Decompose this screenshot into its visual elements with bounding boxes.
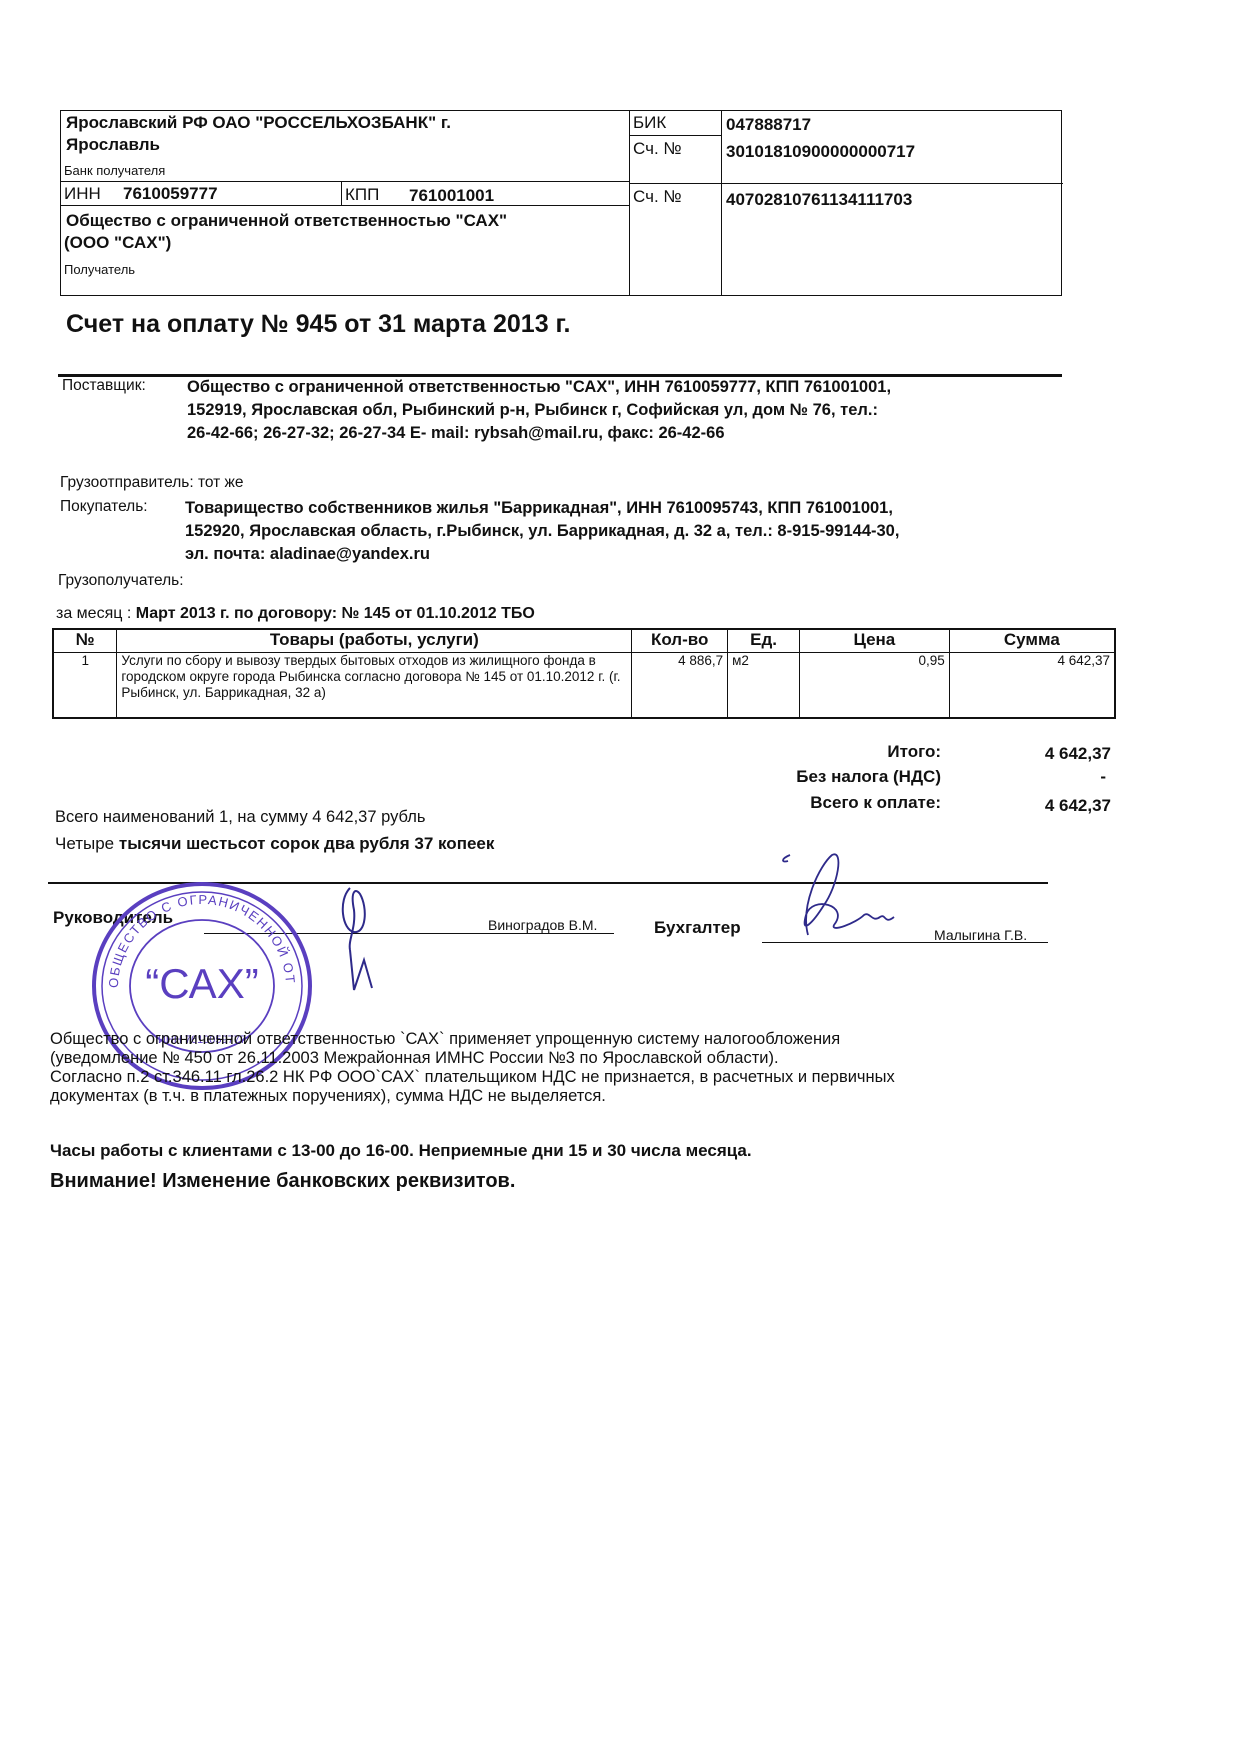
corr-account-value: 30101810900000000717 [726, 142, 915, 162]
col-goods: Товары (работы, услуги) [117, 629, 632, 653]
director-signature-icon [320, 880, 400, 1000]
divider [629, 111, 630, 295]
buyer-details: Товарищество собственников жилья "Баррик… [185, 497, 899, 566]
supplier-line: Общество с ограниченной ответственностью… [187, 376, 891, 399]
accountant-signature-icon [760, 845, 920, 945]
recipient-label: Получатель [64, 262, 135, 277]
bank-details-table: Ярославский РФ ОАО "РОССЕЛЬХОЗБАНК" г. Я… [60, 110, 1062, 296]
col-price: Цена [800, 629, 950, 653]
buyer-line: эл. почта: aladinae@yandex.ru [185, 543, 899, 566]
amount-words-rest: тысячи шестьсот сорок два рубля 37 копее… [114, 834, 494, 853]
due-value: 4 642,37 [1045, 796, 1111, 816]
table-header-row: № Товары (работы, услуги) Кол-во Ед. Цен… [53, 629, 1115, 653]
supplier-line: 26-42-66; 26-27-32; 26-27-34 E- mail: ry… [187, 422, 891, 445]
period-text: Март 2013 г. по договору: № 145 от 01.10… [136, 605, 535, 622]
row-number: 1 [53, 653, 117, 719]
divider [721, 111, 722, 295]
row-description: Услуги по сбору и вывозу твердых бытовых… [117, 653, 632, 719]
items-count-line: Всего наименований 1, на сумму 4 642,37 … [55, 808, 425, 827]
due-label: Всего к оплате: [810, 793, 941, 813]
col-sum: Сумма [949, 629, 1115, 653]
consignee: Грузополучатель: [58, 572, 184, 590]
inn-label: ИНН [64, 184, 101, 204]
tax-note-line: Общество с ограниченной ответственностью… [50, 1030, 895, 1049]
divider [629, 183, 1063, 184]
account-value: 40702810761134111703 [726, 190, 912, 210]
buyer-label: Покупатель: [60, 498, 148, 516]
inn-value: 7610059777 [123, 184, 218, 204]
items-table: № Товары (работы, услуги) Кол-во Ед. Цен… [52, 628, 1116, 719]
shipper: Грузоотправитель: тот же [60, 474, 244, 492]
amount-words-prefix: Четыре [55, 834, 114, 853]
row-price: 0,95 [800, 653, 950, 719]
supplier-details: Общество с ограниченной ответственностью… [187, 376, 891, 445]
amount-in-words: Четыре тысячи шестьсот сорок два рубля 3… [55, 834, 494, 854]
kpp-value: 761001001 [409, 186, 494, 206]
accountant-name: Малыгина Г.В. [934, 927, 1027, 943]
row-sum: 4 642,37 [949, 653, 1115, 719]
corr-account-label: Сч. № [633, 139, 682, 159]
tax-note-line: Согласно п.2 ст.346.11 гл.26.2 НК РФ ООО… [50, 1068, 895, 1087]
vat-label: Без налога (НДС) [796, 767, 941, 787]
col-qty: Кол-во [632, 629, 728, 653]
period-prefix: за месяц : [56, 605, 136, 622]
svg-text:“САХ”: “САХ” [145, 960, 258, 1007]
divider [341, 181, 342, 205]
account-label: Сч. № [633, 187, 682, 207]
total-value: 4 642,37 [1045, 744, 1111, 764]
tax-note-line: документах (в т.ч. в платежных поручения… [50, 1087, 895, 1106]
bik-label: БИК [633, 113, 666, 133]
working-hours: Часы работы с клиентами с 13-00 до 16-00… [50, 1141, 752, 1161]
bank-change-warning: Внимание! Изменение банковских реквизито… [50, 1170, 515, 1193]
supplier-label: Поставщик: [62, 377, 146, 395]
bik-value: 047888717 [726, 115, 811, 135]
total-label: Итого: [887, 742, 941, 762]
buyer-line: 152920, Ярославская область, г.Рыбинск, … [185, 520, 899, 543]
supplier-line: 152919, Ярославская обл, Рыбинский р-н, … [187, 399, 891, 422]
row-unit: м2 [728, 653, 800, 719]
vat-value: - [1100, 767, 1106, 787]
accountant-label: Бухгалтер [654, 918, 741, 938]
divider [629, 135, 721, 136]
col-unit: Ед. [728, 629, 800, 653]
tax-note: Общество с ограниченной ответственностью… [50, 1030, 895, 1106]
recipient-short-name: (ООО "САХ") [64, 233, 171, 253]
bank-label: Банк получателя [64, 163, 165, 178]
tax-note-line: (уведомление № 450 от 26.11.2003 Межрайо… [50, 1049, 895, 1068]
bank-name: Ярославский РФ ОАО "РОССЕЛЬХОЗБАНК" г. [66, 113, 451, 133]
row-qty: 4 886,7 [632, 653, 728, 719]
divider [61, 205, 629, 206]
kpp-label: КПП [345, 185, 379, 205]
table-row: 1 Услуги по сбору и вывозу твердых бытов… [53, 653, 1115, 719]
col-number: № [53, 629, 117, 653]
director-name: Виноградов В.М. [488, 917, 597, 933]
buyer-line: Товарищество собственников жилья "Баррик… [185, 497, 899, 520]
period-line: за месяц : Март 2013 г. по договору: № 1… [56, 605, 535, 623]
bank-city: Ярославль [66, 135, 160, 155]
recipient-name: Общество с ограниченной ответственностью… [66, 211, 507, 231]
divider [61, 181, 629, 182]
invoice-title: Счет на оплату № 945 от 31 марта 2013 г. [66, 310, 570, 339]
